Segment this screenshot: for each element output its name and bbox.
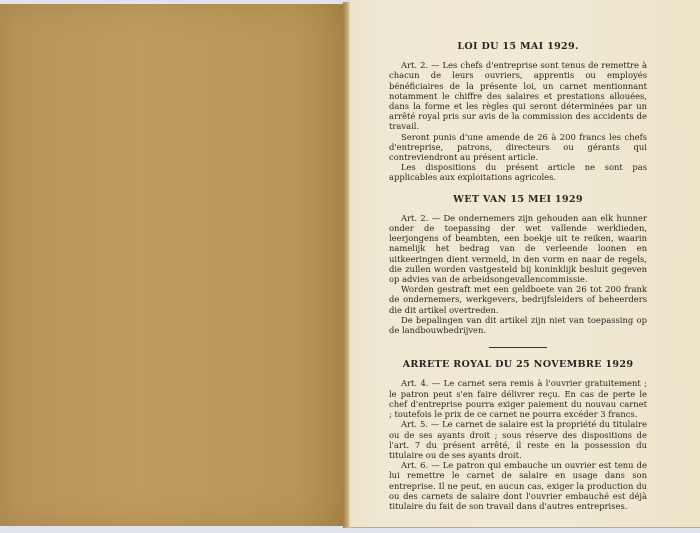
paragraph: Art. 2. — De ondernemers zijn gehouden a… <box>389 213 647 284</box>
section-wet-1929: WET VAN 15 MEI 1929 Art. 2. — De onderne… <box>389 195 647 336</box>
section-loi-1929: LOI DU 15 MAI 1929. Art. 2. — Les chefs … <box>389 42 647 183</box>
paragraph: Worden gestraft met een geldboete van 26… <box>389 284 647 315</box>
section-heading: LOI DU 15 MAI 1929. <box>389 42 647 52</box>
paragraph: Art. 6. — Le patron qui embauche un ouvr… <box>389 460 647 511</box>
paragraph: Art. 4. — Le carnet sera remis à l'ouvri… <box>389 378 647 419</box>
paragraph: Art. 5. — Le carnet de salaire est la pr… <box>389 419 647 460</box>
paragraph: De bepalingen van dit artikel zijn niet … <box>389 315 647 335</box>
section-divider <box>489 347 547 348</box>
right-page: LOI DU 15 MAI 1929. Art. 2. — Les chefs … <box>350 0 700 528</box>
section-heading: WET VAN 15 MEI 1929 <box>389 195 647 205</box>
paragraph: Art. 2. — Les chefs d'entreprise sont te… <box>389 60 647 131</box>
paragraph: Seront punis d'une amende de 26 à 200 fr… <box>389 132 647 163</box>
section-heading: ARRETE ROYAL DU 25 NOVEMBRE 1929 <box>389 360 647 370</box>
section-arrete-royal-1929: ARRETE ROYAL DU 25 NOVEMBRE 1929 Art. 4.… <box>389 360 647 511</box>
paragraph: Les dispositions du présent article ne s… <box>389 162 647 182</box>
page-content: LOI DU 15 MAI 1929. Art. 2. — Les chefs … <box>389 42 647 523</box>
left-page-blank <box>0 4 349 526</box>
